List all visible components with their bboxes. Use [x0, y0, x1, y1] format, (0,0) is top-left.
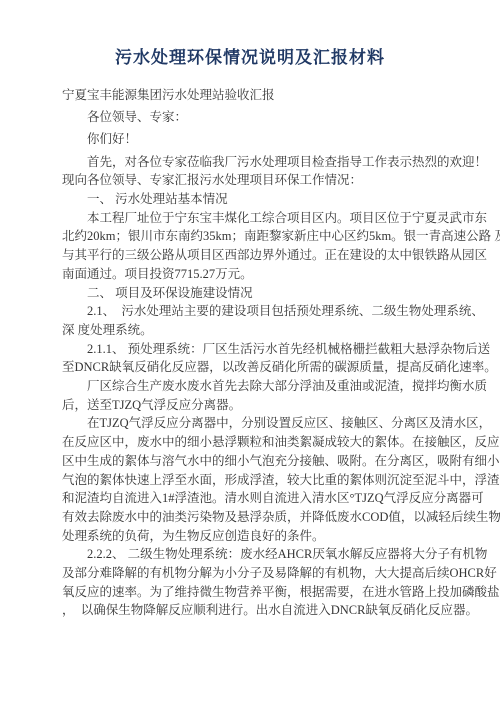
doc-line: 深 度处理系统。: [62, 321, 438, 340]
doc-line: 与其平行的三级公路从项目区西部边界外通过。正在建设的太中银铁路从园区: [62, 246, 438, 265]
doc-line: 2.1、 污水处理站主要的建设项目包括预处理系统、二级生物处理系统、: [62, 302, 438, 321]
doc-line: 氧反应的速率。为了维持微生物营养平衡，根据需要，在进水管路上投加磷酸盐: [62, 583, 438, 602]
doc-line: 厂区综合生产废水废水首先去除大部分浮油及重油或泥渣，搅拌均衡水质: [62, 377, 438, 396]
doc-line: 后，送至TJZQ气浮反应分离器。: [62, 396, 438, 415]
doc-line: 气泡的絮体快速上浮至水面，形成浮渣，较大比重的絮体则沉淀至泥斗中，浮渣: [62, 471, 438, 490]
doc-line: 现向各位领导、专家汇报污水处理项目环保工作情况：: [62, 171, 438, 190]
doc-line: 2.1.1、 预处理系统：厂区生活污水首先经机械格栅拦截粗大悬浮杂物后送: [62, 340, 438, 359]
doc-section-1-heading: 一、 污水处理站基本情况: [62, 190, 438, 209]
doc-line: 有效去除废水中的油类污染物及悬浮杂质，并降低废水COD值，以减轻后续生物: [62, 508, 438, 527]
doc-line: 在反应区中，废水中的细小悬浮颗粒和油类絮凝成较大的絮体。在接触区，反应: [62, 433, 438, 452]
document-page: 污水处理环保情况说明及汇报材料 宁夏宝丰能源集团污水处理站验收汇报 各位领导、专…: [0, 0, 500, 707]
doc-line: 2.2.2、 二级生物处理系统：废水经AHCR厌氧水解反应器将大分子有机物: [62, 545, 438, 564]
doc-line-greeting: 你们好！: [62, 130, 438, 149]
doc-line: 北约20km；银川市东南约35km；南距黎家新庄中心区约5km。银一青高速公路 …: [62, 227, 438, 246]
doc-line: 至DNCR缺氧反硝化反应器，以改善反硝化所需的碳源质量，提高反硝化速率。: [62, 358, 438, 377]
doc-line: 处理系统的负荷，为生物反应创造良好的条件。: [62, 527, 438, 546]
doc-line: 本工程厂址位于宁东宝丰煤化工综合项目区内。项目区位于宁夏灵武市东: [62, 209, 438, 228]
doc-section-2-heading: 二、 项目及环保设施建设情况: [62, 284, 438, 303]
doc-line-report-heading: 宁夏宝丰能源集团污水处理站验收汇报: [62, 86, 438, 105]
doc-line: 首先，对各位专家莅临我厂污水处理项目检查指导工作表示热烈的欢迎！: [62, 153, 438, 172]
doc-line: 在TJZQ气浮反应分离器中，分别设置反应区、接触区、分离区及清水区，: [62, 414, 438, 433]
doc-title: 污水处理环保情况说明及汇报材料: [62, 46, 438, 70]
doc-line: 南面通过。项目投资7715.27万元。: [62, 265, 438, 284]
doc-line: ， 以确保生物降解反应顺利进行。出水自流进入DNCR缺氧反硝化反应器。: [62, 601, 438, 620]
doc-line: 区中生成的絮体与溶气水中的细小气泡充分接触、吸附。在分离区，吸附有细小: [62, 452, 438, 471]
doc-line-salutation: 各位领导、专家：: [62, 108, 438, 127]
doc-line: 和泥渣均自流进入1#浮渣池。清水则自流进入清水区°TJZQ气浮反应分离器可: [62, 489, 438, 508]
doc-line: 及部分难降解的有机物分解为小分子及易降解的有机物，大大提高后续OHCR好: [62, 564, 438, 583]
